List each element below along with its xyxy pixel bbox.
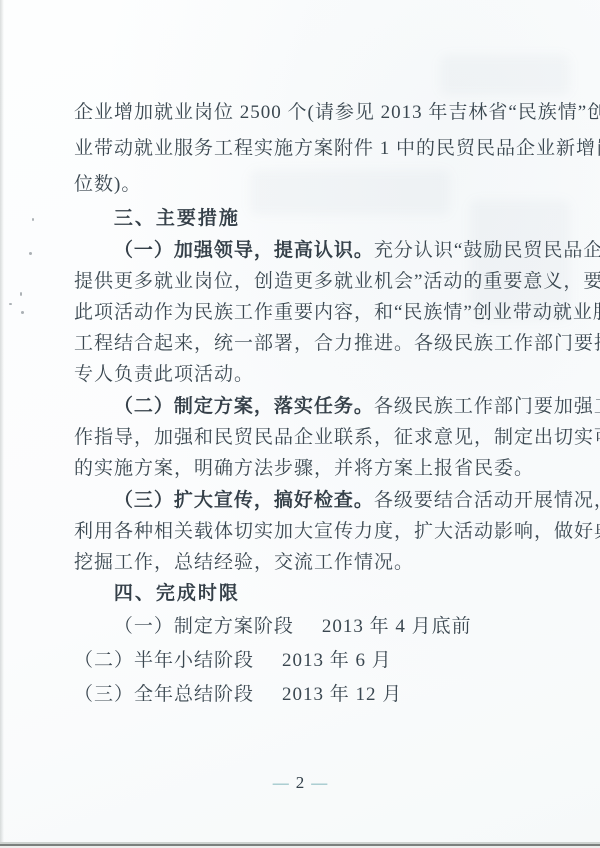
text-line: 工程结合起来，统一部署，合力推进。各级民族工作部门要指定 bbox=[74, 328, 552, 359]
section-heading-block: 四、完成时限 bbox=[74, 578, 552, 609]
text-segment: 企业增加就业岗位 2500 个(请参见 2013 年吉林省“民族情”创 bbox=[74, 102, 600, 123]
scan-speck bbox=[32, 218, 34, 221]
scan-speck bbox=[9, 303, 12, 305]
scan-speck bbox=[29, 252, 32, 255]
text-segment: 挖掘工作，总结经验，交流工作情况。 bbox=[74, 552, 414, 573]
text-segment: 2013 年 6 月 bbox=[282, 650, 392, 671]
text-segment: 位数)。 bbox=[74, 174, 141, 195]
text-segment: 提供更多就业岗位，创造更多就业机会”活动的重要意义，要将 bbox=[74, 271, 600, 292]
text-line: （二）半年小结阶段2013 年 6 月 bbox=[74, 644, 552, 678]
text-line: 挖掘工作，总结经验，交流工作情况。 bbox=[74, 547, 552, 578]
text-segment: （三）全年总结阶段 bbox=[74, 684, 254, 705]
document-content: 企业增加就业岗位 2500 个(请参见 2013 年吉林省“民族情”创业带动就业… bbox=[74, 95, 552, 712]
section-heading-block: 三、主要措施 bbox=[74, 203, 552, 234]
page-number: —2— bbox=[0, 773, 600, 793]
text-segment: 工程结合起来，统一部署，合力推进。各级民族工作部门要指定 bbox=[74, 333, 600, 354]
text-segment: （一）制定方案阶段 bbox=[114, 616, 294, 637]
section-heading: 三、主要措施 bbox=[74, 203, 552, 234]
paragraph-block: （一）加强领导，提高认识。充分认识“鼓励民贸民品企业提供更多就业岗位，创造更多就… bbox=[74, 235, 552, 390]
scan-edge-left bbox=[0, 0, 4, 848]
scan-speck bbox=[20, 292, 22, 296]
text-segment: （二）制定方案，落实任务。 bbox=[114, 396, 374, 417]
text-line: 位数)。 bbox=[74, 167, 552, 203]
paragraph-block: 企业增加就业岗位 2500 个(请参见 2013 年吉林省“民族情”创业带动就业… bbox=[74, 95, 552, 203]
text-line: 提供更多就业岗位，创造更多就业机会”活动的重要意义，要将 bbox=[74, 266, 552, 297]
text-segment: 作指导，加强和民贸民品企业联系，征求意见，制定出切实可行 bbox=[74, 427, 600, 448]
text-segment: （三）扩大宣传，搞好检查。 bbox=[114, 490, 374, 511]
text-segment: 利用各种相关载体切实加大宣传力度，扩大活动影响，做好典型 bbox=[74, 521, 600, 542]
text-line: 企业增加就业岗位 2500 个(请参见 2013 年吉林省“民族情”创 bbox=[74, 95, 552, 131]
text-segment: 此项活动作为民族工作重要内容，和“民族情”创业带动就业服务 bbox=[74, 302, 600, 323]
scanned-document-page: 企业增加就业岗位 2500 个(请参见 2013 年吉林省“民族情”创业带动就业… bbox=[0, 0, 600, 848]
text-segment: （二）半年小结阶段 bbox=[74, 650, 254, 671]
paragraph-block: （一）制定方案阶段2013 年 4 月底前（二）半年小结阶段2013 年 6 月… bbox=[74, 610, 552, 712]
text-segment: 业带动就业服务工程实施方案附件 1 中的民贸民品企业新增岗 bbox=[74, 138, 600, 159]
text-line: （一）加强领导，提高认识。充分认识“鼓励民贸民品企业 bbox=[74, 235, 552, 266]
text-segment: （一）加强领导，提高认识。 bbox=[114, 240, 374, 261]
section-heading: 四、完成时限 bbox=[74, 578, 552, 609]
paragraph-block: （二）制定方案，落实任务。各级民族工作部门要加强工作指导，加强和民贸民品企业联系… bbox=[74, 391, 552, 484]
text-segment: 各级民族工作部门要加强工 bbox=[374, 396, 600, 417]
text-segment: 各级要结合活动开展情况， bbox=[374, 490, 600, 511]
text-line: 此项活动作为民族工作重要内容，和“民族情”创业带动就业服务 bbox=[74, 297, 552, 328]
paragraph-block: （三）扩大宣传，搞好检查。各级要结合活动开展情况，利用各种相关载体切实加大宣传力… bbox=[74, 485, 552, 578]
page-number-dash-right: — bbox=[304, 775, 334, 792]
page-number-dash-left: — bbox=[266, 775, 296, 792]
text-segment: 专人负责此项活动。 bbox=[74, 364, 254, 385]
text-line: 作指导，加强和民贸民品企业联系，征求意见，制定出切实可行 bbox=[74, 422, 552, 453]
text-segment: 2013 年 12 月 bbox=[282, 684, 402, 705]
text-segment: 四、完成时限 bbox=[114, 583, 240, 604]
text-segment: 充分认识“鼓励民贸民品企业 bbox=[374, 240, 600, 261]
text-line: 的实施方案，明确方法步骤，并将方案上报省民委。 bbox=[74, 453, 552, 484]
text-segment: 的实施方案，明确方法步骤，并将方案上报省民委。 bbox=[74, 458, 534, 479]
text-line: （二）制定方案，落实任务。各级民族工作部门要加强工 bbox=[74, 391, 552, 422]
page-number-value: 2 bbox=[296, 773, 305, 792]
scan-speck bbox=[21, 311, 24, 314]
text-line: 业带动就业服务工程实施方案附件 1 中的民贸民品企业新增岗 bbox=[74, 131, 552, 167]
text-line: 专人负责此项活动。 bbox=[74, 359, 552, 390]
text-line: 利用各种相关载体切实加大宣传力度，扩大活动影响，做好典型 bbox=[74, 516, 552, 547]
scan-bleed-through bbox=[440, 55, 570, 95]
text-segment: 三、主要措施 bbox=[114, 208, 240, 229]
text-line: （一）制定方案阶段2013 年 4 月底前 bbox=[74, 610, 552, 644]
text-line: （三）扩大宣传，搞好检查。各级要结合活动开展情况， bbox=[74, 485, 552, 516]
text-segment: 2013 年 4 月底前 bbox=[322, 616, 472, 637]
text-line: （三）全年总结阶段2013 年 12 月 bbox=[74, 678, 552, 712]
